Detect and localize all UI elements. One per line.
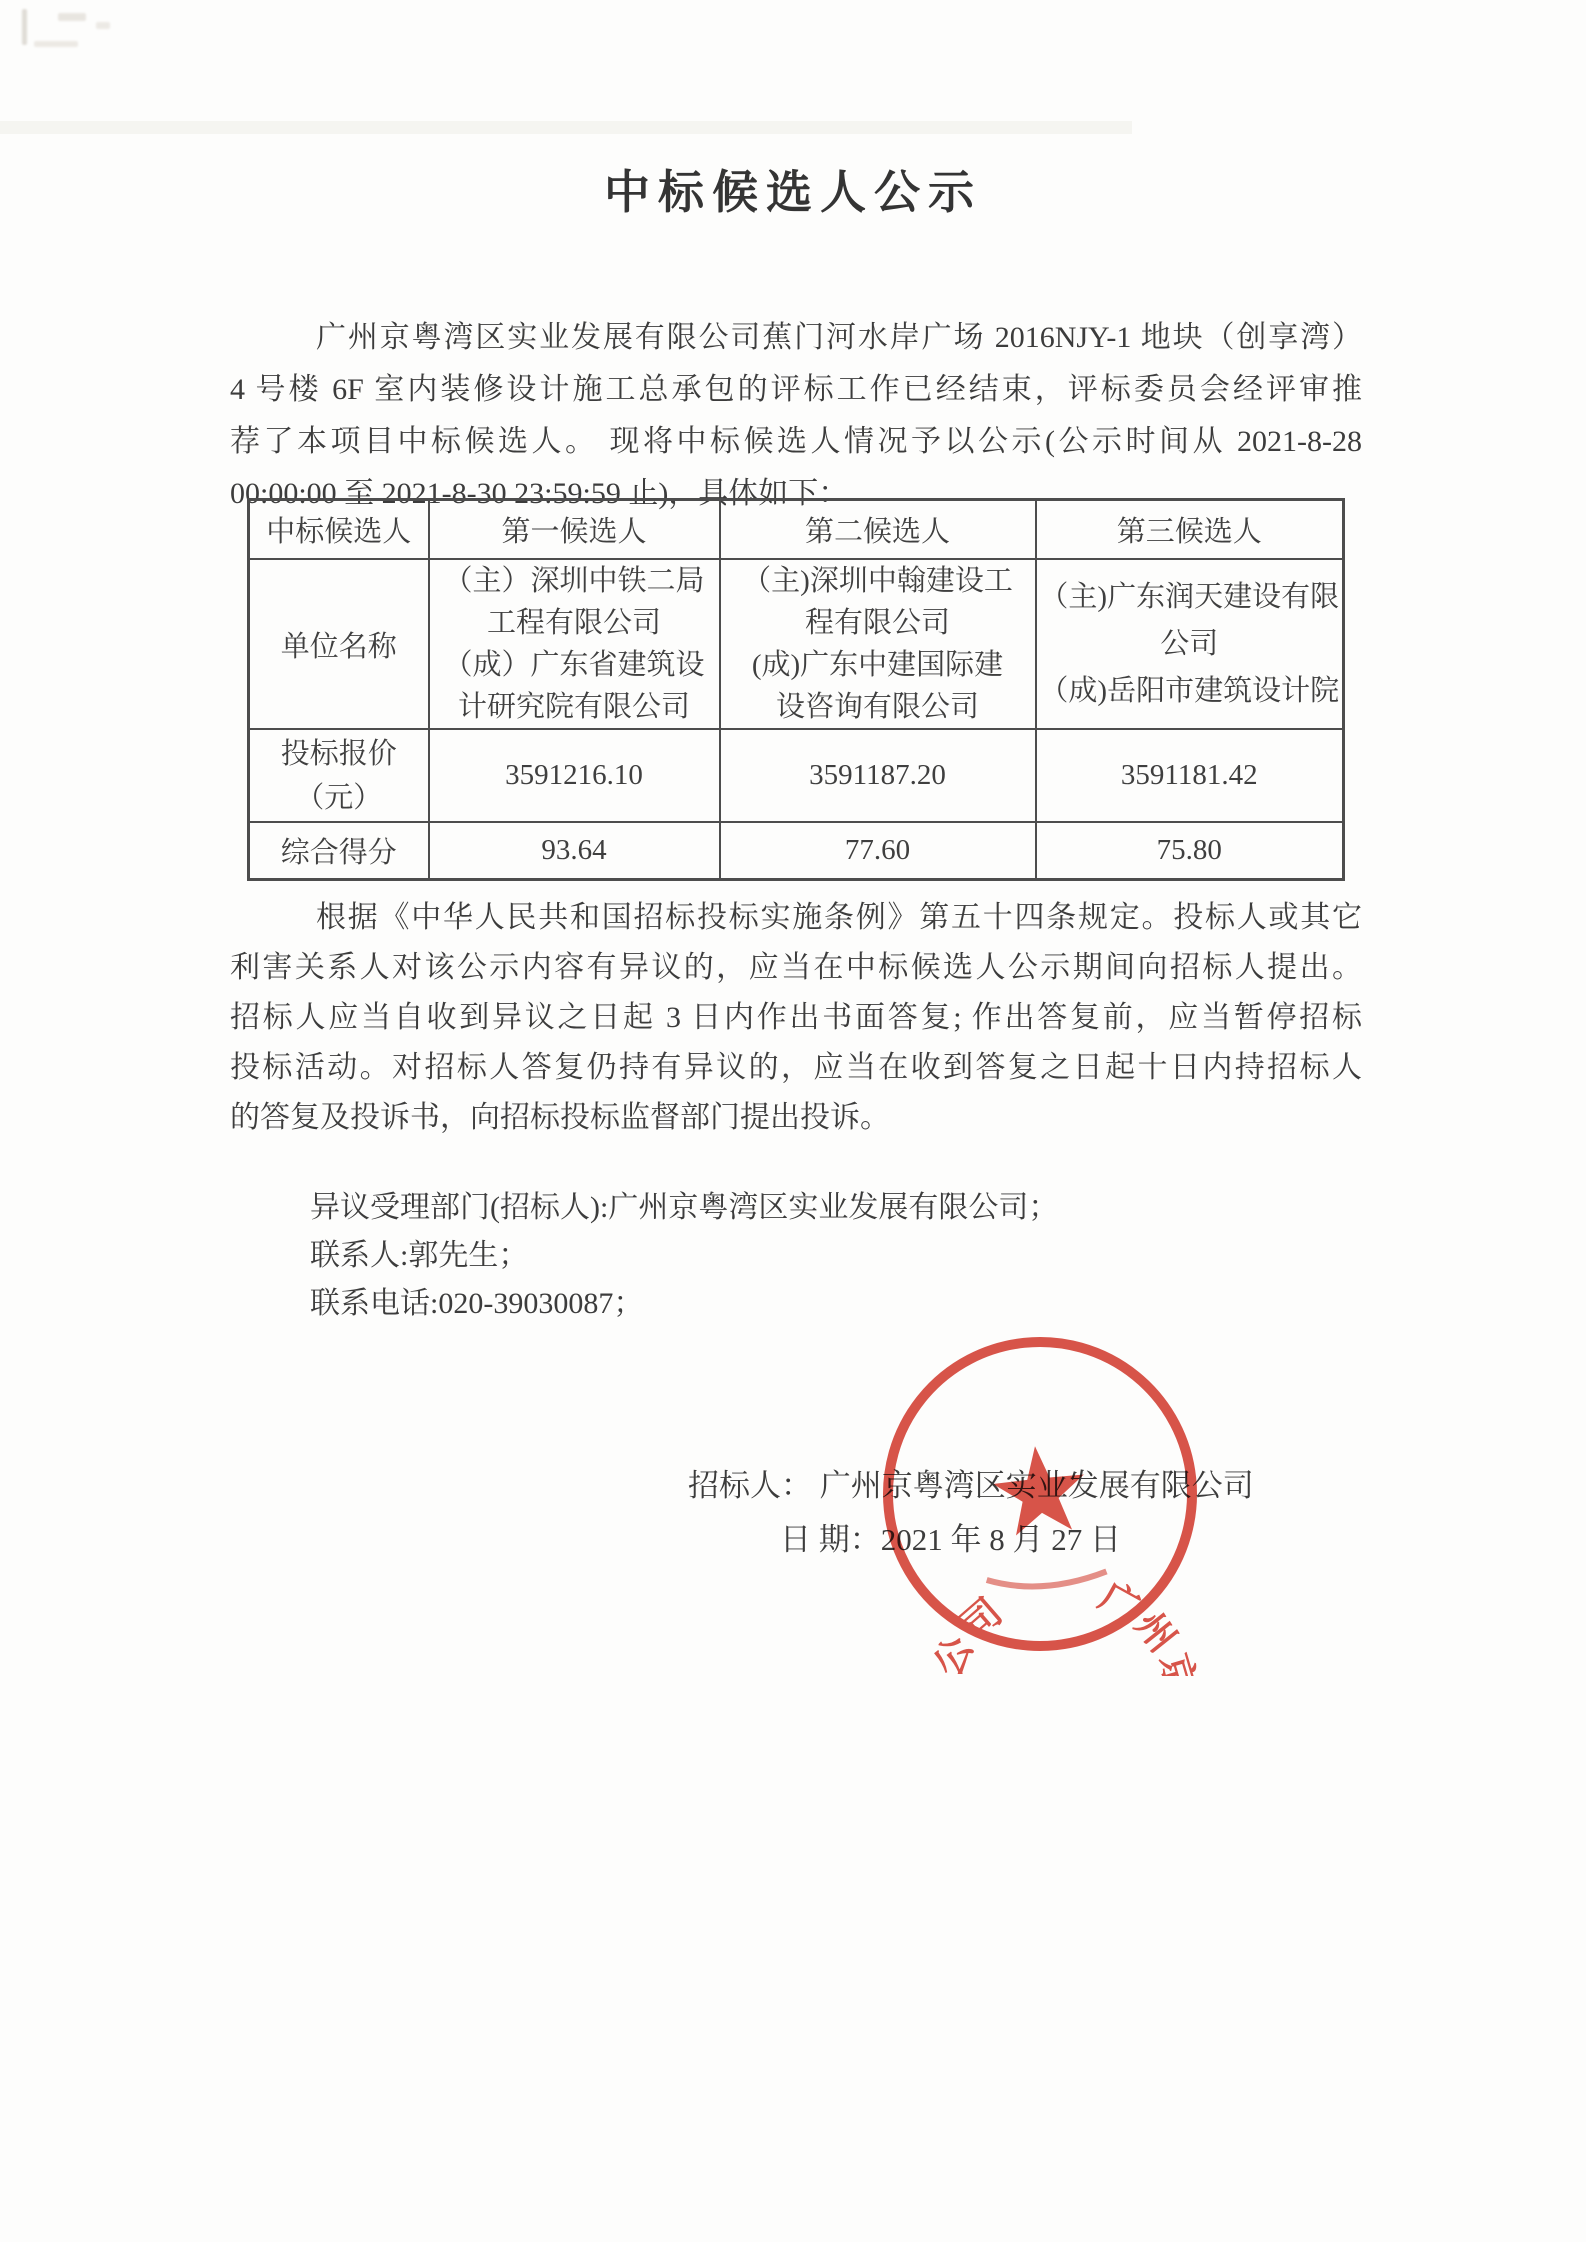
unit-line: （主)广东润天建设有限 [1037,574,1343,621]
bid-price-value: 3591181.42 [1036,729,1344,822]
intro-paragraph: 广州京粤湾区实业发展有限公司蕉门河水岸广场 2016NJY-1 地块（创享湾） … [230,312,1362,520]
intro-line: 荐了本项目中标候选人。 现将中标候选人情况予以公示(公示时间从 2021-8-2… [230,416,1362,468]
bid-price-value: 3591187.20 [720,729,1036,822]
intro-line: 广州京粤湾区实业发展有限公司蕉门河水岸广场 2016NJY-1 地块（创享湾） [230,312,1362,364]
unit-line: 公司 [1037,621,1343,668]
candidate2-unit-cell: （主)深圳中翰建设工 程有限公司 (成)广东中建国际建 设咨询有限公司 [720,559,1036,729]
contact-block: 异议受理部门(招标人):广州京粤湾区实业发展有限公司； 联系人:郭先生； 联系电… [230,1184,1362,1328]
unit-line: （主）深圳中铁二局 [430,560,719,602]
unit-line: 设咨询有限公司 [721,686,1035,728]
regulation-line: 利害关系人对该公示内容有异议的，应当在中标候选人公示期间向招标人提出。 [230,943,1362,993]
regulation-line: 的答复及投诉书，向招标投标监督部门提出投诉。 [230,1093,1362,1143]
unit-name-label: 单位名称 [249,559,429,729]
regulation-paragraph: 根据《中华人民共和国招标投标实施条例》第五十四条规定。投标人或其它 利害关系人对… [230,893,1362,1143]
candidate1-unit-cell: （主）深圳中铁二局 工程有限公司 （成）广东省建筑设 计研究院有限公司 [429,559,720,729]
bid-price-label: 投标报价 （元） [249,729,429,822]
regulation-line: 投标活动。对招标人答复仍持有异议的，应当在收到答复之日起十日内持招标人 [230,1043,1362,1093]
contact-person-line: 联系人:郭先生； [230,1232,1362,1280]
seal-star-icon [990,1441,1090,1537]
bid-price-label-line: （元） [250,776,428,820]
unit-line: 工程有限公司 [430,602,719,644]
score-value: 77.60 [720,822,1036,880]
table-header-cell: 中标候选人 [249,500,429,560]
unit-name-row: 单位名称 （主）深圳中铁二局 工程有限公司 （成）广东省建筑设 计研究院有限公司… [249,559,1344,729]
score-value: 75.80 [1036,822,1344,880]
candidates-table: 中标候选人 第一候选人 第二候选人 第三候选人 单位名称 （主）深圳中铁二局 工… [247,498,1345,881]
unit-line: 计研究院有限公司 [430,686,719,728]
table-header-cell: 第一候选人 [429,500,720,560]
page-title: 中标候选人公示 [0,156,1586,222]
regulation-line: 招标人应当自收到异议之日起 3 日内作出书面答复; 作出答复前，应当暂停招标 [230,993,1362,1043]
bid-price-label-line: 投标报价 [250,732,428,776]
table-header-row: 中标候选人 第一候选人 第二候选人 第三候选人 [249,500,1344,560]
unit-line: （成）广东省建筑设 [430,644,719,686]
bid-price-row: 投标报价 （元） 3591216.10 3591187.20 3591181.4… [249,729,1344,822]
seal-smudge [987,1567,1108,1592]
score-row: 综合得分 93.64 77.60 75.80 [249,822,1344,880]
score-label: 综合得分 [249,822,429,880]
scan-artifact [22,9,27,45]
unit-line: （主)深圳中翰建设工 [721,560,1035,602]
table-header-cell: 第三候选人 [1036,500,1344,560]
score-value: 93.64 [429,822,720,880]
intro-line: 4 号楼 6F 室内装修设计施工总承包的评标工作已经结束，评标委员会经评审推 [230,364,1362,416]
scan-artifact [96,22,110,29]
bid-price-value: 3591216.10 [429,729,720,822]
scan-artifact-band [0,121,1132,134]
table-header-cell: 第二候选人 [720,500,1036,560]
scan-artifact [34,41,78,47]
document-page: 中标候选人公示 广州京粤湾区实业发展有限公司蕉门河水岸广场 2016NJY-1 … [0,0,1586,2242]
unit-line: (成)广东中建国际建 [721,644,1035,686]
objection-dept-line: 异议受理部门(招标人):广州京粤湾区实业发展有限公司； [230,1184,1362,1232]
company-seal: 广州京粤湾区实业发展有限公司 [858,1312,1222,1676]
candidate3-unit-cell: （主)广东润天建设有限 公司 （成)岳阳市建筑设计院 [1036,559,1344,729]
regulation-line: 根据《中华人民共和国招标投标实施条例》第五十四条规定。投标人或其它 [230,893,1362,943]
scan-artifact [58,13,86,21]
unit-line: （成)岳阳市建筑设计院 [1037,668,1343,715]
unit-line: 程有限公司 [721,602,1035,644]
